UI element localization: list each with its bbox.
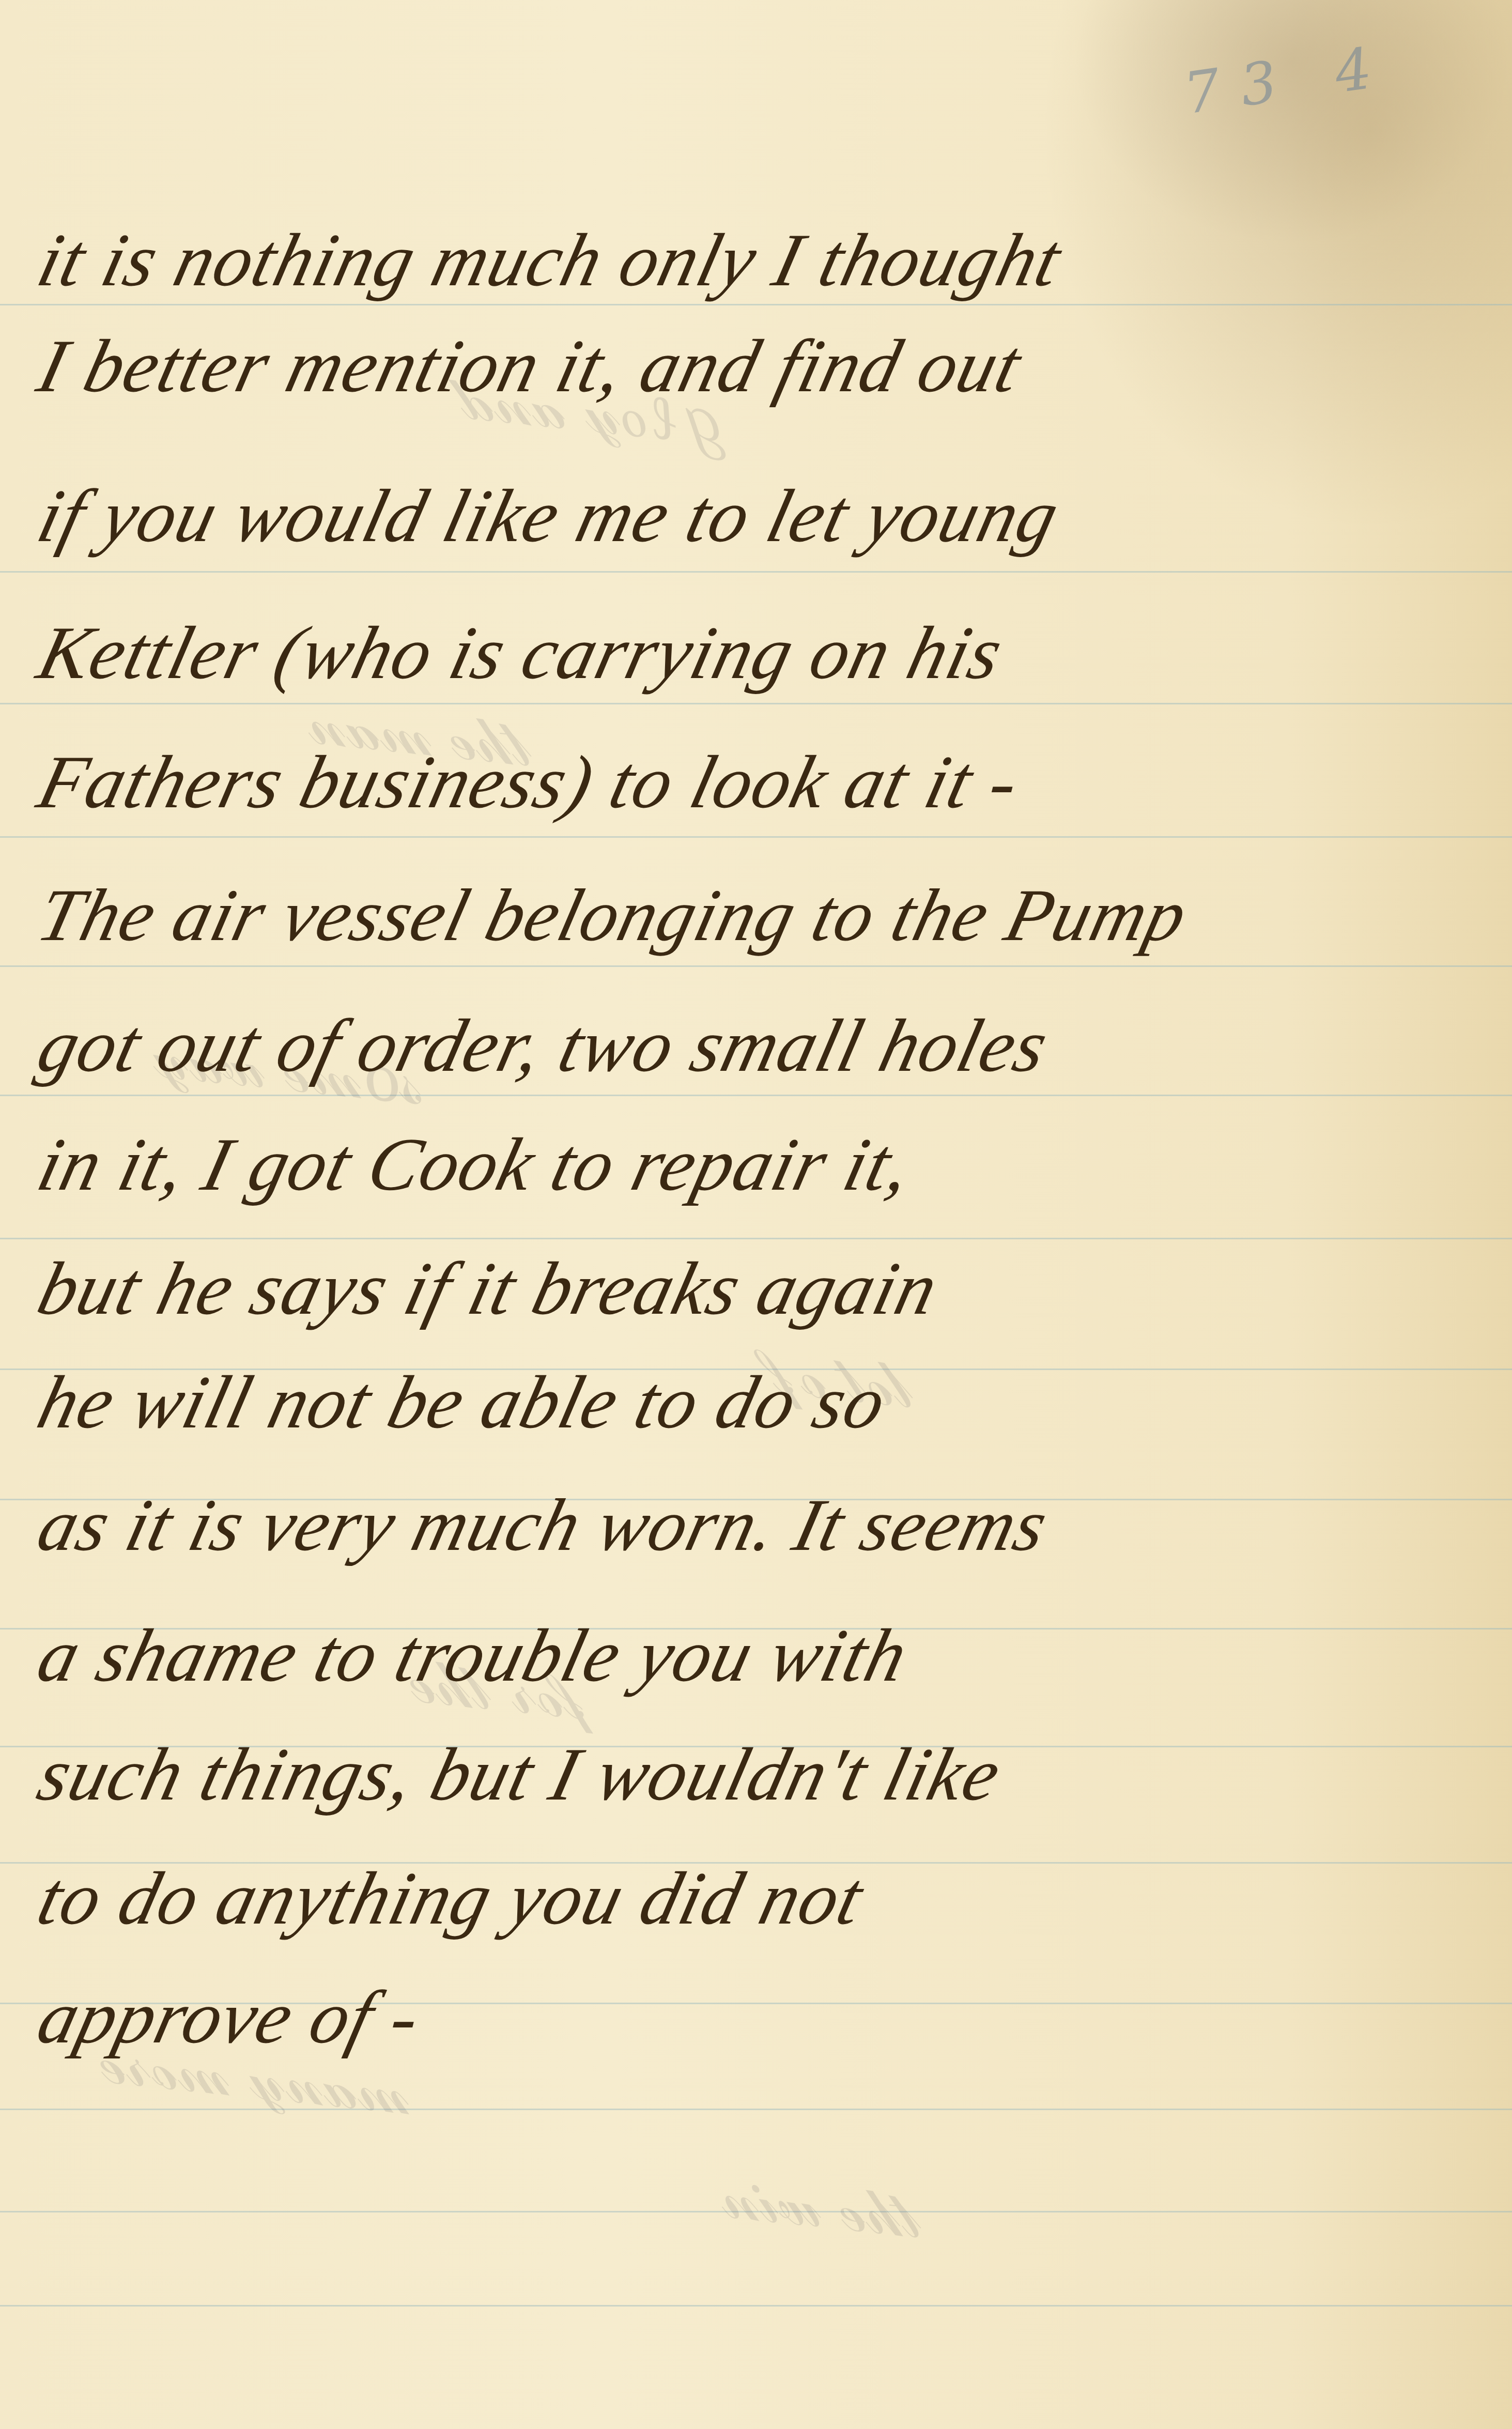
letter-line: a shame to trouble you with [31, 1618, 915, 1693]
ruled-line [0, 836, 1512, 838]
letter-line: approve of - [31, 1979, 428, 2055]
ruled-line [0, 2211, 1512, 2212]
pencil-page-mark: 73 4 [1180, 32, 1396, 127]
letter-line: as it is very much worn. It seems [31, 1488, 1055, 1563]
letter-line: The air vessel belonging to the Pump [31, 879, 1195, 953]
ruled-line [0, 2305, 1512, 2307]
letter-line: if you would like me to let young [31, 478, 1067, 554]
letter-line: it is nothing much only I thought [31, 222, 1069, 298]
letter-page: 73 4 ℊℓℴ𝓎 𝒶𝓃𝒹 𝓉𝒽ℯ 𝓂𝒶𝓃 𝓈𝑜𝓂ℯ 𝓌𝒶𝓎 𝓁ℴ𝓉 ℴ𝒻 𝒻ℴ… [0, 0, 1512, 2429]
ruled-line [0, 2109, 1512, 2110]
letter-line: I better mention it, and find out [31, 328, 1029, 404]
ruled-line [0, 703, 1512, 704]
letter-line: but he says if it breaks again [31, 1251, 946, 1326]
letter-line: Fathers business) to look at it - [31, 744, 1027, 820]
ruled-line [0, 571, 1512, 573]
ruled-line [0, 1238, 1512, 1239]
letter-line: to do anything you did not [31, 1861, 871, 1936]
letter-line: he will not be able to do so [31, 1364, 894, 1440]
letter-line: such things, but I wouldn't like [31, 1736, 1009, 1812]
letter-line: Kettler (who is carrying on his [31, 615, 1010, 690]
letter-line: in it, I got Cook to repair it, [31, 1127, 919, 1202]
letter-line: got out of order, two small holes [31, 1008, 1056, 1083]
ruled-line [0, 1095, 1512, 1096]
ruled-line [0, 965, 1512, 967]
ruled-line [0, 304, 1512, 305]
